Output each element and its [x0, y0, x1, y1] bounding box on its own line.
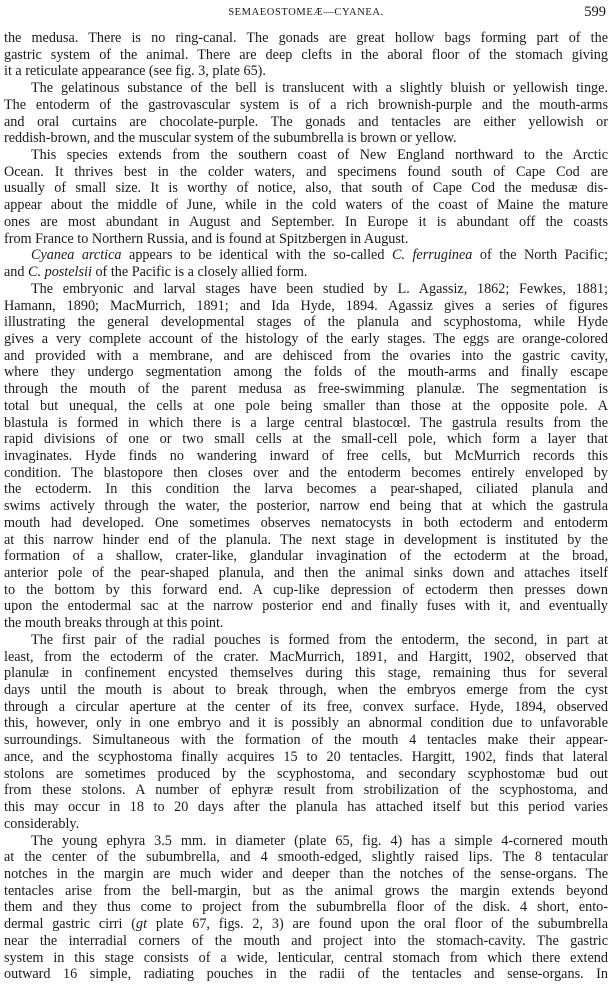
text-line: mouth had developed. One sometimes obser…: [4, 515, 608, 532]
text-line: appear about the middle of June, while i…: [4, 197, 608, 214]
body-text: the medusa. There is no ring-canal. The …: [4, 30, 608, 983]
text-line: rapid divisions of one or two small cell…: [4, 431, 608, 448]
text-line: to the bottom by this forward end. A cup…: [4, 582, 608, 599]
text-line: planulæ in confinement encysted themselv…: [4, 665, 608, 682]
text-line: The entoderm of the gastrovascular syste…: [4, 97, 608, 114]
text-line: and provided with a membrane, and are de…: [4, 348, 608, 365]
text-line: the mouth breaks through at this point.: [4, 615, 608, 632]
text-line: stolons are sometimes produced by the sc…: [4, 766, 608, 783]
text-line: them and they thus come to project from …: [4, 899, 608, 916]
text-line: and C. postelsii of the Pacific is a clo…: [4, 264, 608, 281]
running-head: SEMAEOSTOMEÆ—CYANEA.: [0, 7, 612, 18]
text-line: from France to Northern Russia, and is f…: [4, 231, 608, 248]
text-line: notches in the margin are much wider and…: [4, 866, 608, 883]
text-line: swims actively through the water, the po…: [4, 498, 608, 515]
text-line: dermal gastric cirri (gt plate 67, figs.…: [4, 916, 608, 933]
text-line: This species extends from the southern c…: [4, 147, 608, 164]
paragraph: Cyanea arctica appears to be identical w…: [4, 247, 608, 280]
paragraph: The gelatinous substance of the bell is …: [4, 80, 608, 147]
text-line: days until the mouth is about to break t…: [4, 682, 608, 699]
text-line: invaginates. Hyde finds no wandering inw…: [4, 448, 608, 465]
text-line: The gelatinous substance of the bell is …: [4, 80, 608, 97]
text-line: at the center of the subumbrella, and 4 …: [4, 849, 608, 866]
text-line: system in this stage consists of a wide,…: [4, 950, 608, 967]
text-line: usually of small size. It is worthy of n…: [4, 180, 608, 197]
text-line: upon the entodermal sac at the narrow po…: [4, 598, 608, 615]
book-page: SEMAEOSTOMEÆ—CYANEA. 599 the medusa. The…: [0, 0, 612, 991]
text-line: anterior pole of the pear-shaped planula…: [4, 565, 608, 582]
text-line: surroundings. Simultaneous with the form…: [4, 732, 608, 749]
text-line: from these stolons. A number of ephyræ r…: [4, 782, 608, 799]
text-line: the ectoderm. In this condition the larv…: [4, 481, 608, 498]
italic-taxon: Cyanea arctica: [31, 247, 122, 263]
text-line: near the interradial corners of the mout…: [4, 933, 608, 950]
text-line: The embryonic and larval stages have bee…: [4, 281, 608, 298]
italic-taxon: C. ferruginea: [392, 247, 472, 263]
text-line: Ocean. It thrives best in the colder wat…: [4, 164, 608, 181]
paragraph: The young ephyra 3.5 mm. in diameter (pl…: [4, 833, 608, 983]
italic-taxon: C. postelsii: [28, 264, 92, 280]
text-line: The young ephyra 3.5 mm. in diameter (pl…: [4, 833, 608, 850]
text-line: condition. The blastopore then closes ov…: [4, 465, 608, 482]
text-line: total but unequal, the cells at one pole…: [4, 398, 608, 415]
italic-taxon: gt: [136, 916, 147, 932]
text-line: through the mouth of the parent medusa a…: [4, 381, 608, 398]
text-line: gastric system of the animal. There are …: [4, 47, 608, 64]
text-line: and oral curtains are chocolate-purple. …: [4, 114, 608, 131]
text-line: gives a very complete account of the his…: [4, 331, 608, 348]
paragraph: the medusa. There is no ring-canal. The …: [4, 30, 608, 80]
text-line: the medusa. There is no ring-canal. The …: [4, 30, 608, 47]
paragraph: The first pair of the radial pouches is …: [4, 632, 608, 833]
page-number: 599: [584, 4, 606, 21]
text-line: The first pair of the radial pouches is …: [4, 632, 608, 649]
text-line: ance, and the scyphostoma finally acquir…: [4, 749, 608, 766]
text-line: outward 16 simple, radiating pouches in …: [4, 966, 608, 983]
text-line: blastula is formed in which there is a l…: [4, 415, 608, 432]
page-header: SEMAEOSTOMEÆ—CYANEA. 599: [0, 3, 612, 23]
text-line: considerably.: [4, 816, 608, 833]
text-line: reddish-brown, and the muscular system o…: [4, 130, 608, 147]
text-line: Hamann, 1890; MacMurrich, 1891; and Ida …: [4, 298, 608, 315]
text-line: through a circular aperture at the cente…: [4, 699, 608, 716]
text-line: ones are most abundant in August and Sep…: [4, 214, 608, 231]
text-line: illustrating the general developmental s…: [4, 314, 608, 331]
text-line: least, from the ectoderm of the crater. …: [4, 649, 608, 666]
paragraph: This species extends from the southern c…: [4, 147, 608, 247]
text-line: Cyanea arctica appears to be identical w…: [4, 247, 608, 264]
text-line: this may occur in 18 to 20 days after th…: [4, 799, 608, 816]
text-line: at this narrow hinder end of the planula…: [4, 532, 608, 549]
paragraph: The embryonic and larval stages have bee…: [4, 281, 608, 632]
text-line: this, however, only in one embryo and it…: [4, 715, 608, 732]
text-line: it a reticulate appearance (see fig. 3, …: [4, 63, 608, 80]
text-line: tentacles arise from the bell-margin, bu…: [4, 883, 608, 900]
text-line: formation of a shallow, crater-like, gla…: [4, 548, 608, 565]
text-line: where they undergo segmentation among th…: [4, 364, 608, 381]
